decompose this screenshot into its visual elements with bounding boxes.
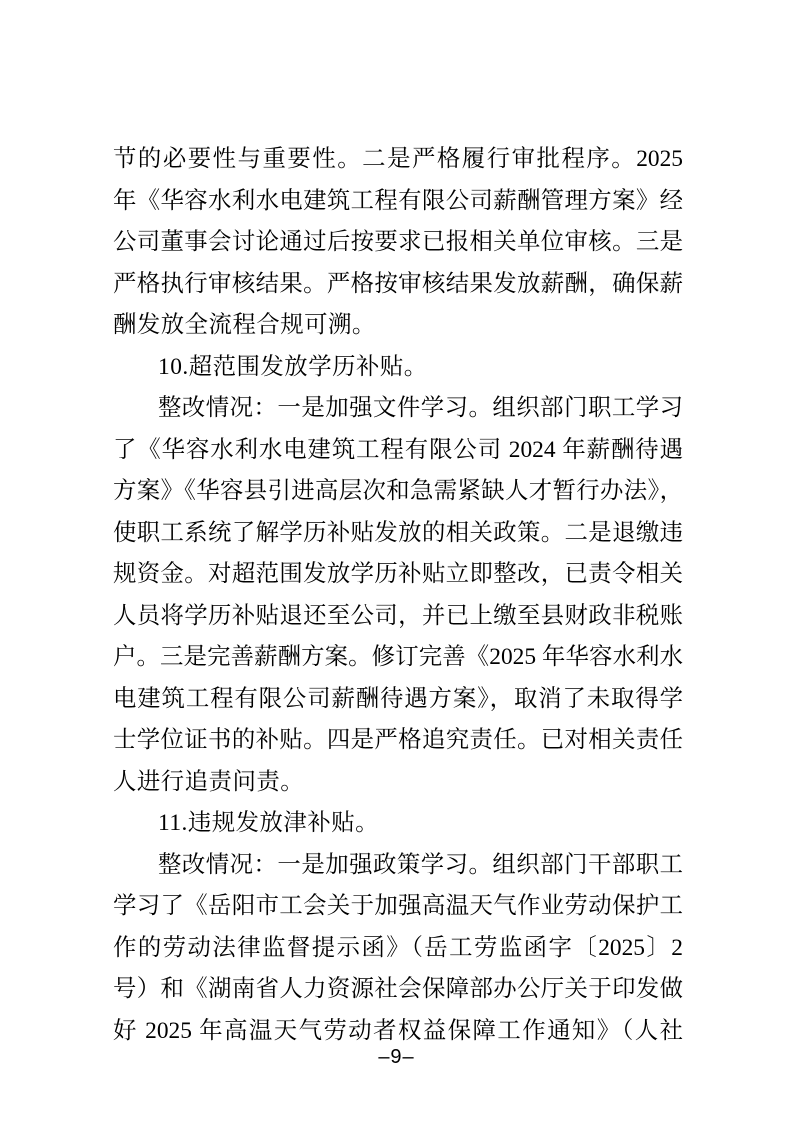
text-line: 公司董事会讨论通过后按要求已报相关单位审核。三是 xyxy=(113,222,683,264)
text-block: 节的必要性与重要性。二是严格履行审批程序。2025年《华容水利水电建筑工程有限公… xyxy=(113,139,683,1052)
text-line: 人员将学历补贴退还至公司，并已上缴至县财政非税账 xyxy=(113,596,683,638)
document-page: 节的必要性与重要性。二是严格履行审批程序。2025年《华容水利水电建筑工程有限公… xyxy=(0,0,793,1122)
text-line: 节的必要性与重要性。二是严格履行审批程序。2025 xyxy=(113,139,683,181)
text-line: 11.违规发放津补贴。 xyxy=(113,803,683,845)
text-line: 整改情况：一是加强文件学习。组织部门职工学习 xyxy=(113,388,683,430)
text-line: 使职工系统了解学历补贴发放的相关政策。二是退缴违 xyxy=(113,513,683,555)
page-number: –9– xyxy=(0,1042,793,1072)
text-line: 规资金。对超范围发放学历补贴立即整改，已责令相关 xyxy=(113,554,683,596)
text-line: 酬发放全流程合规可溯。 xyxy=(113,305,683,347)
text-line: 作的劳动法律监督提示函》（岳工劳监函字〔2025〕2 xyxy=(113,928,683,970)
text-line: 10.超范围发放学历补贴。 xyxy=(113,347,683,389)
text-line: 学习了《岳阳市工会关于加强高温天气作业劳动保护工 xyxy=(113,886,683,928)
text-line: 人进行追责问责。 xyxy=(113,762,683,804)
text-line: 户。三是完善薪酬方案。修订完善《2025 年华容水利水 xyxy=(113,637,683,679)
text-line: 方案》《华容县引进高层次和急需紧缺人才暂行办法》， xyxy=(113,471,683,513)
text-line: 年《华容水利水电建筑工程有限公司薪酬管理方案》经 xyxy=(113,181,683,223)
text-line: 士学位证书的补贴。四是严格追究责任。已对相关责任 xyxy=(113,720,683,762)
text-line: 整改情况：一是加强政策学习。组织部门干部职工 xyxy=(113,845,683,887)
text-line: 号）和《湖南省人力资源社会保障部办公厅关于印发做 xyxy=(113,969,683,1011)
text-line: 了《华容水利水电建筑工程有限公司 2024 年薪酬待遇 xyxy=(113,430,683,472)
text-line: 电建筑工程有限公司薪酬待遇方案》，取消了未取得学 xyxy=(113,679,683,721)
text-line: 严格执行审核结果。严格按审核结果发放薪酬，确保薪 xyxy=(113,264,683,306)
